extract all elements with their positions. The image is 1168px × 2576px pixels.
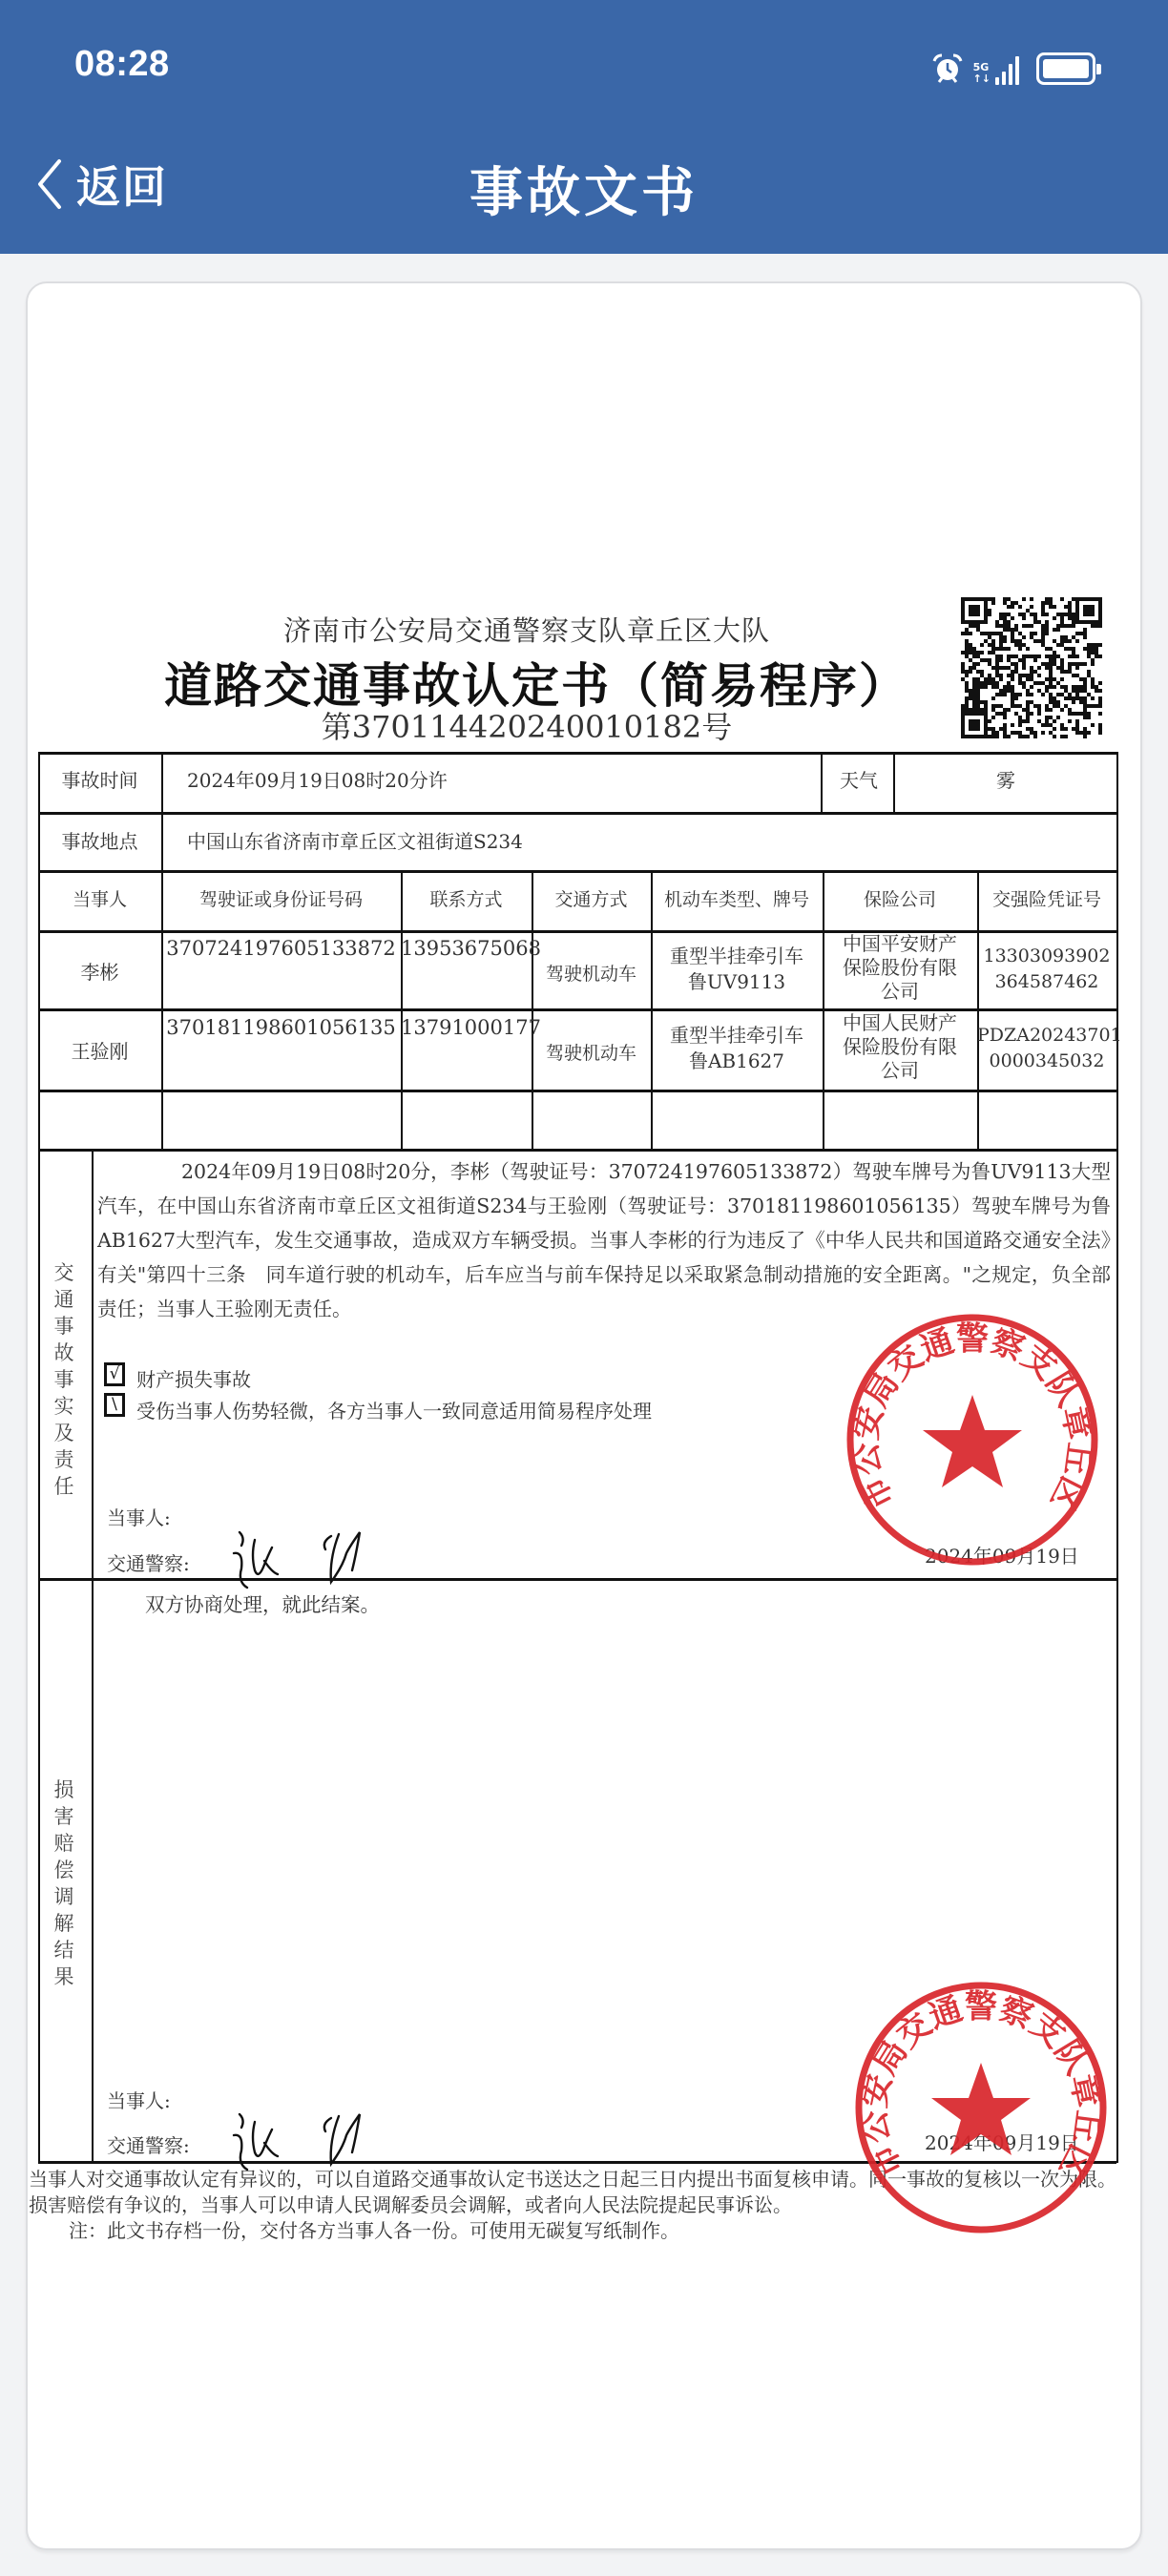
party-insurer: 中国平安财产保险股份有限公司	[823, 932, 977, 1004]
accident-time-label: 事故时间	[38, 767, 161, 794]
party-name: 王验刚	[38, 1038, 161, 1065]
column-header: 当事人	[38, 886, 161, 913]
column-header: 交强险凭证号	[977, 886, 1116, 913]
mediation-officer-signature-label: 交通警察:	[107, 2130, 190, 2158]
officer-signature-label: 交通警察:	[107, 1548, 190, 1576]
property-loss-label: 财产损失事故	[136, 1364, 251, 1392]
table-rule	[38, 812, 1116, 815]
mediation-section-label: 损害赔偿调解结果	[50, 1776, 78, 1990]
signal-icon: 5G↑↓	[973, 52, 1019, 85]
party-signature-label: 当事人:	[107, 1503, 171, 1530]
document-number: 第3701144202400101​82号	[221, 703, 832, 747]
alarm-icon	[931, 52, 964, 85]
battery-icon	[1036, 52, 1095, 85]
note-copies: 注：此文书存档一份，交付各方当事人各一份。可使用无碳复写纸制作。	[69, 2215, 679, 2243]
table-rule	[92, 1149, 94, 2163]
property-loss-checkbox[interactable]: √	[104, 1362, 125, 1386]
party-traffic-mode: 驾驶机动车	[532, 1040, 651, 1067]
party-phone: 13953675068	[401, 935, 532, 962]
status-icons: 5G↑↓	[931, 50, 1095, 88]
weather-value: 雾	[895, 767, 1116, 794]
facts-section-label: 交通事故事实及责任	[50, 1259, 78, 1500]
column-header: 交通方式	[532, 886, 651, 913]
table-rule	[38, 752, 1116, 755]
column-header: 保险公司	[823, 886, 977, 913]
table-rule	[38, 1149, 1116, 1152]
table-rule	[38, 1578, 1116, 1581]
party-vehicle: 重型半挂牵引车 鲁AB1627	[651, 1023, 823, 1074]
officer-signature	[226, 1527, 379, 1591]
status-time: 08:28	[74, 44, 170, 85]
location-label: 事故地点	[38, 828, 161, 855]
party-policy-number: 13303093902 364587462	[977, 944, 1116, 995]
table-rule	[1116, 752, 1118, 2163]
page-title: 事故文书	[0, 151, 1168, 227]
document-card: 济南市公安局交通警察支队章丘区大队 道路交通事故认定书（简易程序） 第37011…	[26, 281, 1142, 2550]
party-phone: 13791000177	[401, 1014, 532, 1041]
issuing-org: 济南市公安局交通警察支队章丘区大队	[221, 610, 832, 649]
app-header: 08:28 5G↑↓ 返回 事故文书	[0, 0, 1168, 254]
party-insurer: 中国人民财产保险股份有限公司	[823, 1011, 977, 1083]
note-dispute: 损害赔偿有争议的，当事人可以申请人民调解委员会调解，或者向人民法院提起民事诉讼。	[29, 2190, 792, 2217]
table-rule	[38, 870, 1116, 873]
party-id-number: 370181198601056135	[161, 1014, 401, 1041]
party-vehicle: 重型半挂牵引车 鲁UV9113	[651, 944, 823, 995]
minor-injury-checkbox[interactable]: \	[104, 1393, 125, 1417]
column-header: 驾驶证或身份证号码	[161, 886, 401, 913]
official-seal-2: 济南市公安局交通警察支队章丘区大队	[852, 1979, 1110, 2236]
official-seal: 济南市公安局交通警察支队章丘区大队	[844, 1311, 1101, 1568]
mediation-party-signature-label: 当事人:	[107, 2086, 171, 2113]
accident-time-value: 2024年09月19日08时20分许	[187, 767, 807, 794]
qr-code-icon[interactable]	[961, 597, 1102, 738]
location-value: 中国山东省济南市章丘区文祖街道S234	[187, 828, 1046, 855]
column-header: 联系方式	[401, 886, 532, 913]
party-policy-number: PDZA20243701 0000345032	[977, 1023, 1116, 1074]
table-rule	[161, 752, 163, 870]
weather-label: 天气	[823, 767, 895, 794]
minor-injury-label: 受伤当事人伤势轻微，各方当事人一致同意适用简易程序处理	[136, 1396, 652, 1423]
party-name: 李彬	[38, 959, 161, 986]
mediation-text: 双方协商处理，就此结案。	[145, 1591, 380, 1618]
party-id-number: 370724197605133872	[161, 935, 401, 962]
table-rule	[38, 1090, 1116, 1092]
column-header: 机动车类型、牌号	[651, 886, 823, 913]
facts-text: 2024年09月19日08时20分，李彬（驾驶证号：37072419760513…	[97, 1154, 1111, 1326]
accident-document: 济南市公安局交通警察支队章丘区大队 道路交通事故认定书（简易程序） 第37011…	[26, 281, 1142, 2550]
party-traffic-mode: 驾驶机动车	[532, 961, 651, 987]
